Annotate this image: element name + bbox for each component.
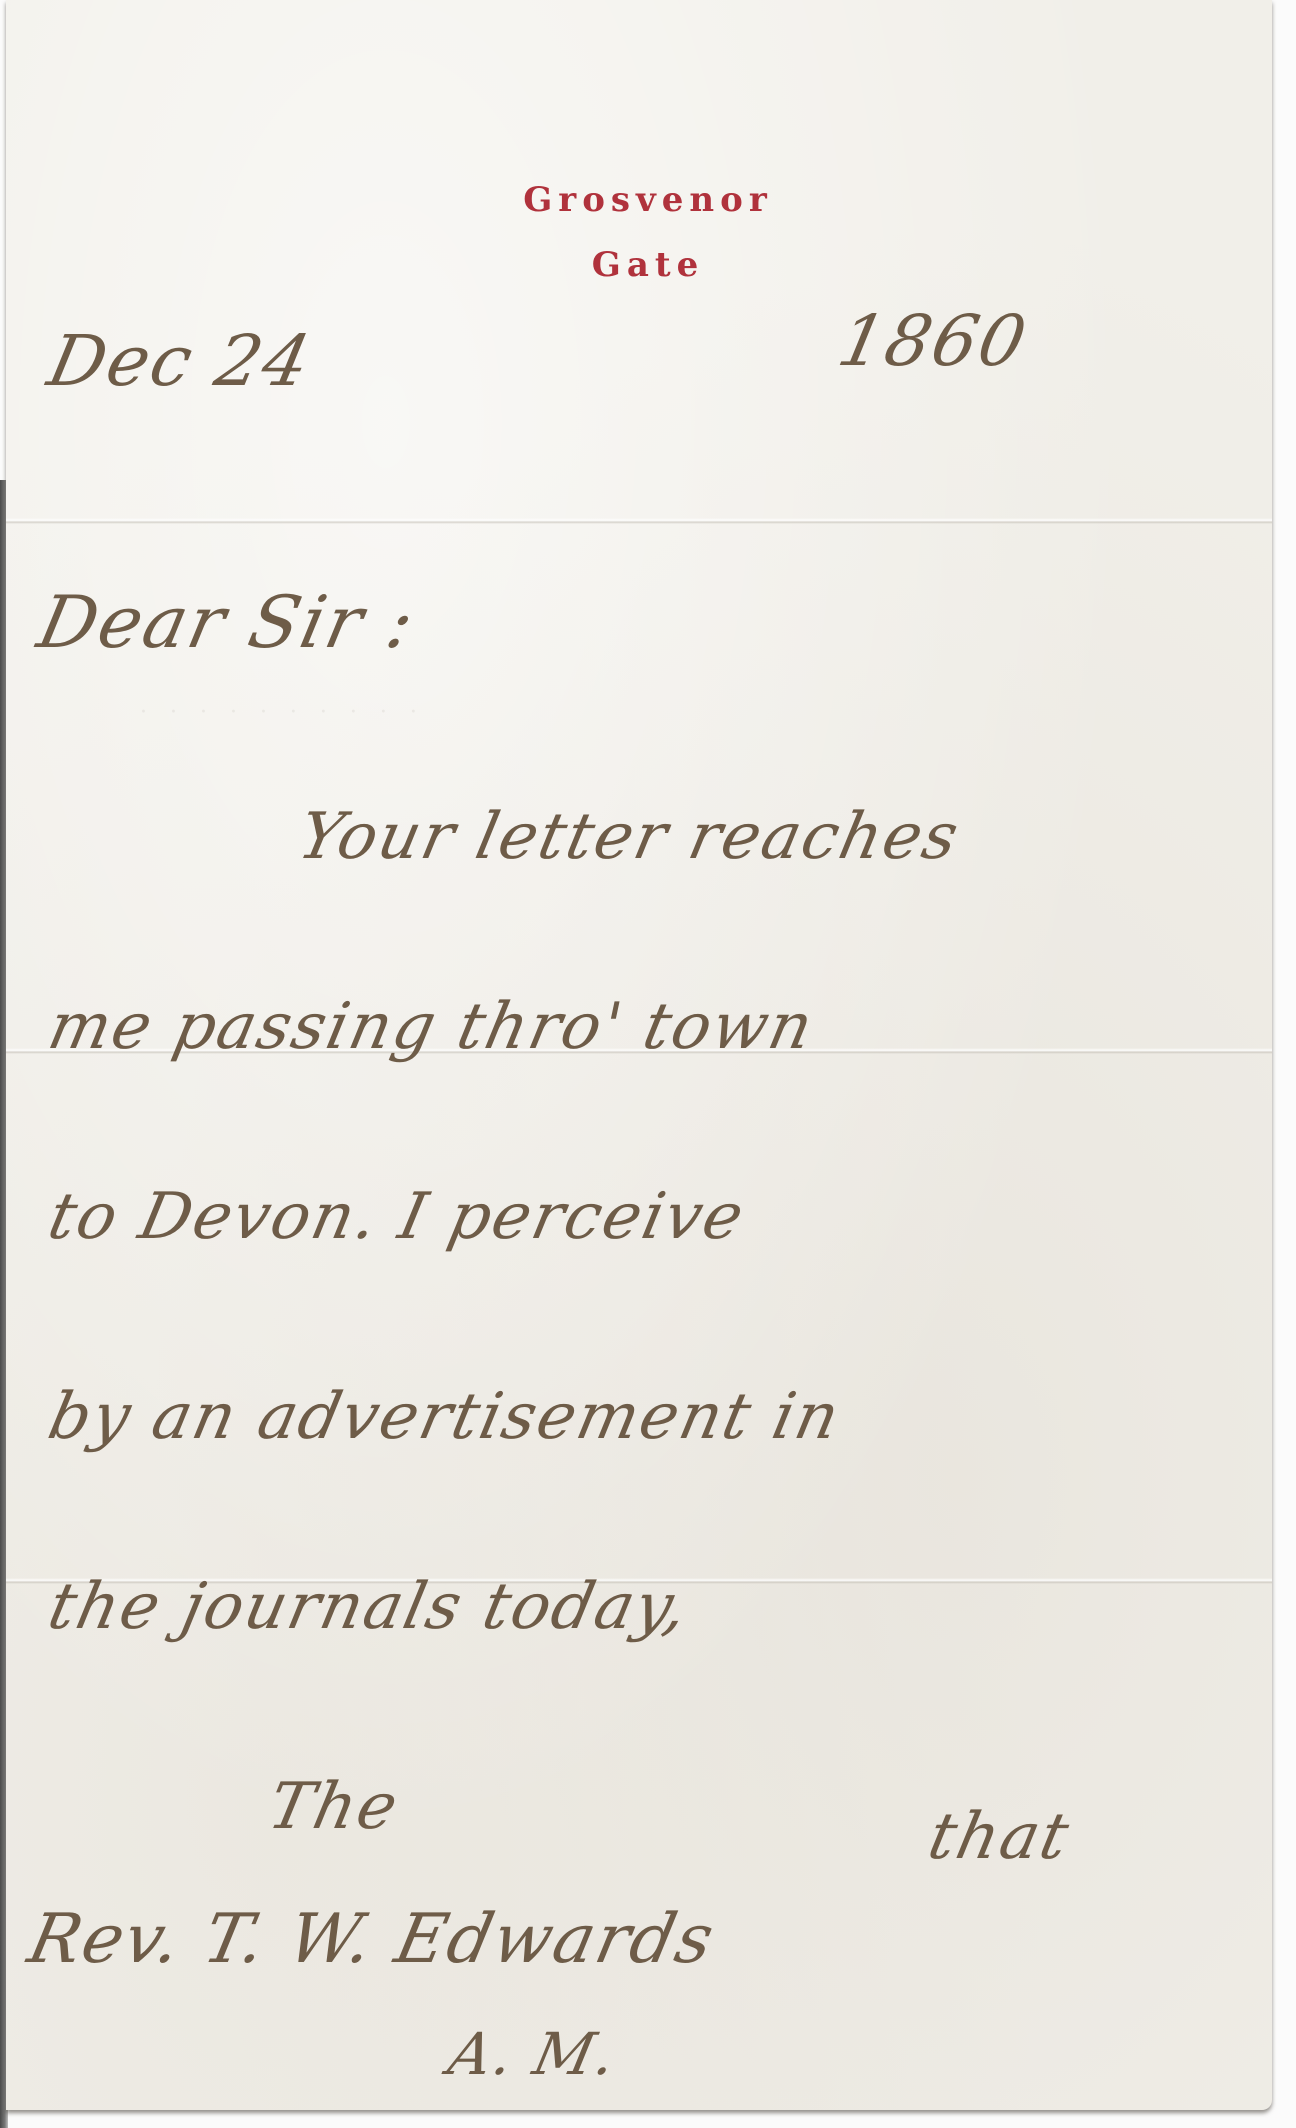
closing-left: The <box>262 1770 406 1844</box>
body-line-2: me passing thro' town <box>42 990 821 1064</box>
letterhead-line-2: Gate <box>0 245 1296 285</box>
letterhead-line-1: Grosvenor <box>0 180 1296 220</box>
date-day: Dec 24 <box>41 320 319 402</box>
addressee-name: Rev. T. W. Edwards <box>22 1900 722 1979</box>
salutation: Dear Sir : <box>31 580 423 664</box>
show-through-text: · · · · · · · · · · <box>140 700 425 725</box>
body-line-4: by an advertisement in <box>42 1380 847 1454</box>
body-line-1: Your letter reaches <box>292 800 966 874</box>
body-line-5: the journals today, <box>42 1570 695 1644</box>
fold-line <box>6 518 1272 524</box>
addressee-degree: A. M. <box>443 2020 624 2088</box>
closing-right: that <box>922 1800 1077 1874</box>
date-year: 1860 <box>831 300 1035 382</box>
body-line-3: to Devon. I perceive <box>42 1180 751 1254</box>
